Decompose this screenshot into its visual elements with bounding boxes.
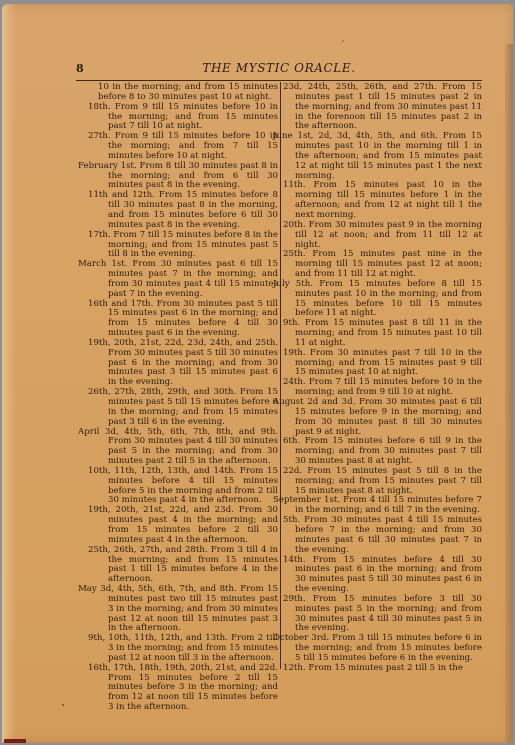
- corner-mark: [4, 739, 26, 743]
- text-entry: 5th. From 30 minutes past 4 till 15 minu…: [283, 516, 482, 555]
- text-entry: 14th. From 15 minutes before 4 till 30 m…: [283, 556, 482, 595]
- text-entry: 10 in the morning; and from 15 minutes b…: [98, 83, 278, 103]
- text-entry-month: September 1st. From 4 till 15 minutes be…: [273, 496, 482, 516]
- text-entry: 25th, 26th, 27th, and 28th. From 3 till …: [88, 546, 278, 585]
- text-entry: 12th. From 15 minutes past 2 till 5 in t…: [283, 664, 482, 674]
- text-entry: 20th. From 30 minutes past 9 in the morn…: [283, 221, 482, 251]
- text-entry: 26th, 27th, 28th, 29th, and 30th. From 1…: [88, 388, 278, 427]
- text-entry-month: May 3d, 4th, 5th, 6th, 7th, and 8th. Fro…: [78, 585, 278, 634]
- text-entry: 11th and 12th. From 15 minutes before 8 …: [88, 191, 278, 230]
- text-entry: 29th. From 15 minutes before 3 till 30 m…: [283, 595, 482, 634]
- text-entry-month: August 2d and 3d. From 30 minutes past 6…: [273, 398, 482, 437]
- text-entry: 16th, 17th, 18th, 19th, 20th, 21st, and …: [88, 664, 278, 713]
- text-entry: 10th, 11th, 12th, 13th, and 14th. From 1…: [88, 467, 278, 506]
- text-entry: 19th, 20th, 21st, 22d, and 23d. From 30 …: [88, 506, 278, 545]
- text-entry: 23d, 24th, 25th, 26th, and 27th. From 15…: [283, 83, 482, 132]
- text-entry-month: October 3rd. From 3 till 15 minutes befo…: [273, 634, 482, 664]
- text-entry-month: March 1st. From 30 minutes past 6 till 1…: [78, 260, 278, 299]
- text-entry: 25th. From 15 minutes past nine in the m…: [283, 250, 482, 280]
- left-column: 10 in the morning; and from 15 minutes b…: [98, 83, 278, 713]
- text-entry: 18th. From 9 till 15 minutes before 10 i…: [88, 103, 278, 133]
- text-entry: 9th, 10th, 11th, 12th, and 13th. From 2 …: [88, 634, 278, 664]
- text-entry: 6th. From 15 minutes before 6 till 9 in …: [283, 437, 482, 467]
- text-entry-month: July 5th. From 15 minutes before 8 till …: [273, 280, 482, 319]
- paper-speck: [342, 40, 344, 42]
- text-entry-month: June 1st, 2d, 3d, 4th, 5th, and 6th. Fro…: [273, 132, 482, 181]
- right-column: 23d, 24th, 25th, 26th, and 27th. From 15…: [285, 83, 482, 674]
- text-entry: 19th. From 30 minutes past 7 till 10 in …: [283, 349, 482, 379]
- text-entry: 27th. From 9 till 15 minutes before 10 i…: [88, 132, 278, 162]
- text-entry: 24th. From 7 till 15 minutes before 10 i…: [283, 378, 482, 398]
- book-page: 8 THE MYSTIC ORACLE. 10 in the morning; …: [2, 4, 513, 743]
- text-entry: 19th, 20th, 21st, 22d, 23d, 24th, and 25…: [88, 339, 278, 388]
- text-entry: 16th and 17th. From 30 minutes past 5 ti…: [88, 300, 278, 339]
- running-title: THE MYSTIC ORACLE.: [76, 61, 482, 75]
- text-entry-month: February 1st. From 8 till 30 minutes pas…: [78, 162, 278, 192]
- text-entry: 9th. From 15 minutes past 8 till 11 in t…: [283, 319, 482, 349]
- text-entry: 17th. From 7 till 15 minutes before 8 in…: [88, 231, 278, 261]
- text-entry: 22d. From 15 minutes past 5 till 8 in th…: [283, 467, 482, 497]
- text-entry-month: April 3d, 4th, 5th, 6th, 7th, 8th, and 9…: [78, 428, 278, 467]
- text-entry: 11th. From 15 minutes past 10 in the mor…: [283, 181, 482, 220]
- page-header: 8 THE MYSTIC ORACLE.: [76, 60, 482, 81]
- paper-speck: [62, 704, 64, 706]
- page-edge-shadow: [505, 44, 513, 743]
